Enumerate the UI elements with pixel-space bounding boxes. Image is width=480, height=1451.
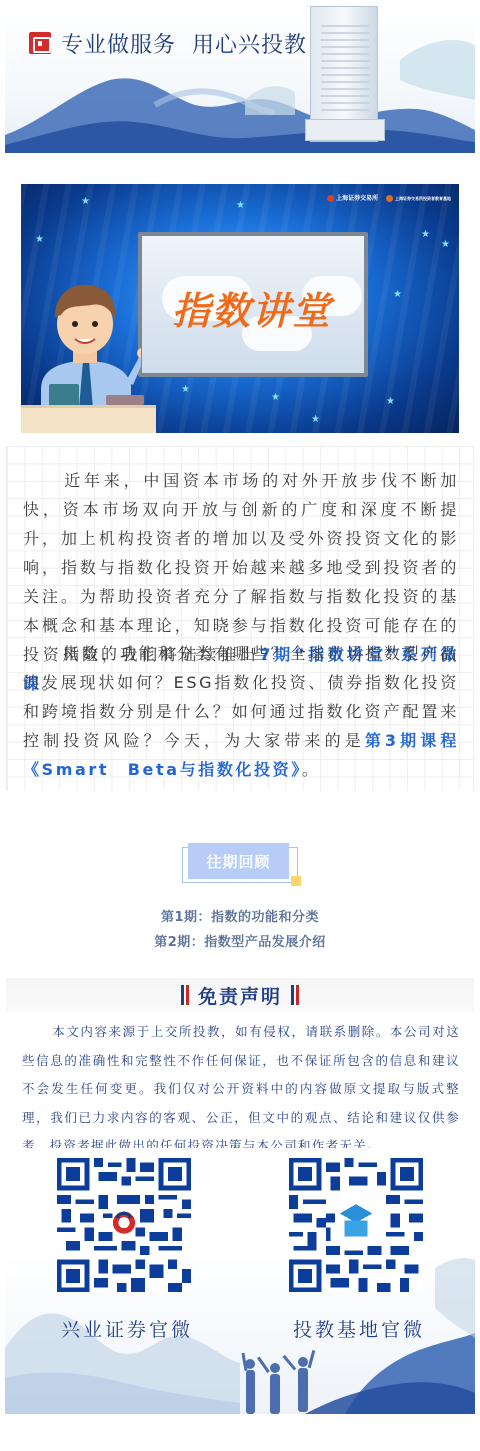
disclaimer-text: 本文内容来源于上交所投教，如有侵权，请联系删除。本公司对这些信息的准确性和完整性… <box>22 1018 460 1161</box>
divider-bar <box>181 985 184 1005</box>
star-icon: ★ <box>393 289 402 300</box>
star-icon: ★ <box>386 396 395 407</box>
investor-education-qr-label: 投教基地官微 <box>293 1315 425 1342</box>
lecture-title: 指数讲堂 <box>172 280 332 335</box>
star-icon: ★ <box>421 229 430 240</box>
desk-illustration <box>21 405 156 433</box>
star-icon: ★ <box>311 414 320 425</box>
index-lecture-cover-image: ★ ★ ★ ★ ★ ★ ★ ★ ★ ★ 上海证券交易所 上海证券交易所投资者教育… <box>21 184 459 433</box>
decorative-corner <box>291 876 301 886</box>
cheering-people-illustration <box>240 1348 320 1414</box>
ink-mountains-illustration <box>5 0 475 153</box>
past-review-title: 往期回顾 <box>188 843 289 879</box>
disclaimer-title: 免责声明 <box>198 982 282 1009</box>
episode-link-2[interactable]: 第2期：指数型产品发展介绍 <box>0 931 480 950</box>
presentation-board: 指数讲堂 <box>138 232 368 377</box>
star-icon: ★ <box>81 196 90 207</box>
building-illustration <box>310 6 378 142</box>
intro-paragraph-2: 指数的功能和分类有哪些？全球市场指数型产品的发展现状如何？ESG指数化投资、债券… <box>23 639 459 784</box>
investor-education-logo-icon <box>29 32 51 54</box>
investor-education-base-qr-code[interactable] <box>289 1158 423 1292</box>
star-icon: ★ <box>271 392 280 403</box>
star-icon: ★ <box>236 200 245 211</box>
header-banner: 专业做服务 用心兴投教 <box>5 0 475 153</box>
star-icon: ★ <box>441 239 450 250</box>
star-icon: ★ <box>181 384 190 395</box>
qr-footer: 兴业证券官微 投教基地官微 <box>5 1148 475 1414</box>
intro-section: 近年来，中国资本市场的对外开放步伐不断加快，资本市场双向开放与创新的广度和深度不… <box>6 446 474 791</box>
star-icon: ★ <box>35 234 44 245</box>
industrial-securities-qr-code[interactable] <box>57 1158 191 1292</box>
partner-logos: 上海证券交易所 上海证券交易所投资者教育基地 <box>321 193 451 202</box>
past-review-heading: 往期回顾 <box>182 843 298 883</box>
episode-link-1[interactable]: 第1期：指数的功能和分类 <box>0 906 480 925</box>
disclaimer-heading: 免责声明 <box>6 978 474 1012</box>
divider-bar <box>291 985 294 1005</box>
divider-bar <box>186 985 189 1005</box>
banner-slogan: 专业做服务 用心兴投教 <box>61 28 307 59</box>
industrial-securities-qr-label: 兴业证券官微 <box>61 1315 193 1342</box>
divider-bar <box>296 985 299 1005</box>
book-illustration <box>106 395 144 405</box>
